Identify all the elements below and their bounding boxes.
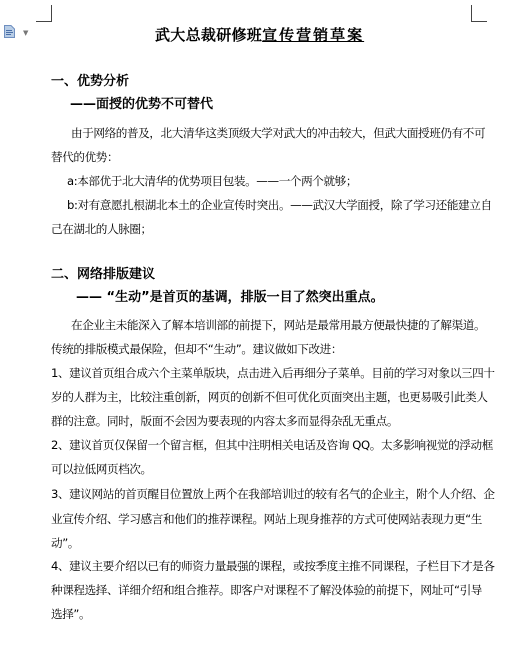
paragraph-line: 岁的人群为主，比较注重创新，网页的创新不但可优化页面突出主题，也更易吸引此类人 bbox=[51, 390, 488, 404]
section-heading: 一、优势分析 bbox=[51, 75, 129, 89]
paragraph-line: 1、建议首页组合成六个主菜单版块，点击进入后再细分子菜单。目前的学习对象以三四十 bbox=[51, 366, 495, 380]
paragraph-line: 替代的优势： bbox=[51, 150, 118, 164]
paragraph-line: 可以拉低网页档次。 bbox=[51, 462, 152, 476]
paragraph-line: 种课程选择、详细介绍和组合推荐。即客户对课程不了解没体验的前提下，网址可“引导 bbox=[51, 583, 482, 597]
paragraph-line: a:本部优于北大清华的优势项目包装。——一个两个就够； bbox=[67, 174, 357, 188]
paragraph-line: b:对有意愿扎根湖北本土的企业宣传时突出。——武汉大学面授，除了学习还能建立自 bbox=[67, 198, 492, 212]
margin-corner-top-right bbox=[471, 5, 487, 22]
title-bold: 武大总裁研修班 bbox=[155, 26, 262, 44]
paragraph-line: 己在湖北的人脉圈； bbox=[51, 222, 152, 236]
paragraph-line: 由于网络的普及，北大清华这类顶级大学对武大的冲击较大，但武大面授班仍有不可 bbox=[71, 126, 485, 140]
section-subheading: —— “生动”是首页的基调，排版一目了然突出重点。 bbox=[76, 291, 384, 305]
paragraph-line: 群的注意。同时，版面不会因为要表现的内容太多而显得杂乱无重点。 bbox=[51, 414, 398, 428]
paragraph-line: 选择”。 bbox=[51, 607, 90, 621]
margin-corner-top-left bbox=[36, 5, 52, 22]
paragraph-line: 2、建议首页仅保留一个留言框，但其中注明相关电话及咨询 QQ。太多影响视觉的浮动… bbox=[51, 438, 493, 452]
paragraph-line: 动”。 bbox=[51, 536, 79, 550]
document-title: 武大总裁研修班宣传营销草案 bbox=[155, 24, 364, 45]
document-icon[interactable] bbox=[4, 25, 15, 38]
paragraph-line: 3、建议网站的首页醒目位置放上两个在我部培训过的较有名气的企业主，附个人介绍、企 bbox=[51, 487, 495, 501]
paragraph-line: 传统的排版模式最保险，但却不“生动”。建议做如下改进： bbox=[51, 342, 342, 356]
paragraph-line: 业宣传介绍、学习感言和他们的推荐课程。网站上现身推荐的方式可使网站表现力更“生 bbox=[51, 512, 482, 526]
section-subheading: ——面授的优势不可替代 bbox=[70, 98, 213, 112]
section-heading: 二、网络排版建议 bbox=[51, 268, 155, 282]
title-underlined: 宣传营销草案 bbox=[262, 26, 364, 44]
chevron-down-icon[interactable]: ▼ bbox=[23, 29, 28, 37]
paragraph-line: 4、建议主要介绍以已有的师资力量最强的课程，或按季度主推不同课程，子栏目下才是各 bbox=[51, 559, 495, 573]
paragraph-line: 在企业主未能深入了解本培训部的前提下，网站是最常用最方便最快捷的了解渠道。 bbox=[71, 318, 485, 332]
